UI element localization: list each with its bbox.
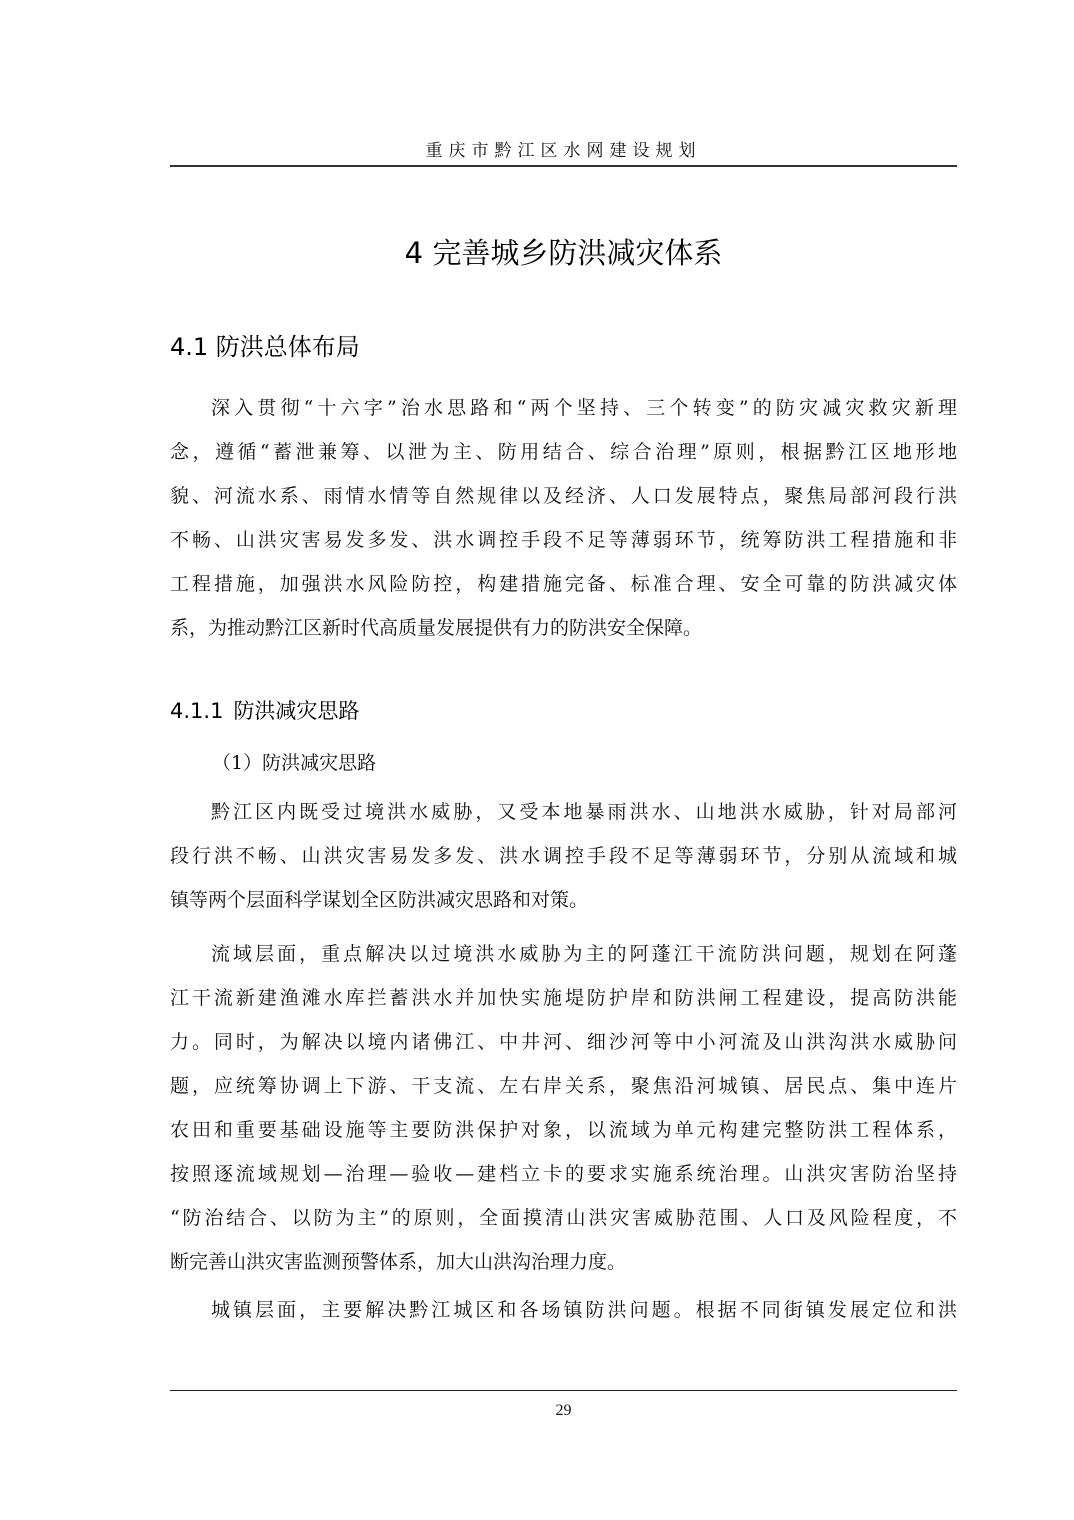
- text-line: 貌、河流水系、雨情水情等自然规律以及经济、人口发展特点，聚焦局部河段行洪: [170, 474, 957, 518]
- document-page: 重庆市黔江区水网建设规划 4 完善城乡防洪减灾体系 4.1 防洪总体布局 深入贯…: [0, 0, 1074, 1520]
- text-line: 系，为推动黔江区新时代高质量发展提供有力的防洪安全保障。: [170, 606, 957, 650]
- text-line: 江干流新建渔滩水库拦蓄洪水并加快实施堤防护岸和防洪闸工程建设，提高防洪能: [170, 976, 957, 1020]
- subsection-label: 防洪减灾思路: [233, 699, 359, 723]
- text-line: 城镇层面，主要解决黔江城区和各场镇防洪问题。根据不同街镇发展定位和洪: [170, 1288, 957, 1332]
- paragraph-basin-level: 流域层面，重点解决以过境洪水威胁为主的阿蓬江干流防洪问题，规划在阿蓬 江干流新建…: [170, 932, 957, 1284]
- text-line: 黔江区内既受过境洪水威胁，又受本地暴雨洪水、山地洪水威胁，针对局部河: [170, 790, 957, 834]
- text-line: 断完善山洪灾害监测预警体系，加大山洪沟治理力度。: [170, 1240, 957, 1284]
- running-header: 重庆市黔江区水网建设规划: [170, 136, 957, 161]
- subsection-number: 4.1.1: [170, 699, 223, 723]
- paragraph-town-level: 城镇层面，主要解决黔江城区和各场镇防洪问题。根据不同街镇发展定位和洪: [170, 1288, 957, 1332]
- subsection-title: 4.1.1防洪减灾思路: [170, 695, 359, 725]
- text-line: 流域层面，重点解决以过境洪水威胁为主的阿蓬江干流防洪问题，规划在阿蓬: [170, 932, 957, 976]
- text-line: 力。同时，为解决以境内诸佛江、中井河、细沙河等中小河流及山洪沟洪水威胁问: [170, 1020, 957, 1064]
- section-title: 4.1 防洪总体布局: [170, 327, 360, 362]
- text-line: 镇等两个层面科学谋划全区防洪减灾思路和对策。: [170, 878, 957, 922]
- text-line: “防治结合、以防为主”的原则，全面摸清山洪灾害威胁范围、人口及风险程度，不: [170, 1196, 957, 1240]
- header-divider: [170, 165, 957, 167]
- item-heading: （1）防洪减灾思路: [212, 748, 376, 775]
- text-line: 深入贯彻“十六字”治水思路和“两个坚持、三个转变”的防灾减灾救灾新理: [170, 386, 957, 430]
- text-line: 农田和重要基础设施等主要防洪保护对象，以流域为单元构建完整防洪工程体系，: [170, 1108, 957, 1152]
- text-line: 工程措施，加强洪水风险防控，构建措施完备、标准合理、安全可靠的防洪减灾体: [170, 562, 957, 606]
- text-line: 念，遵循“蓄泄兼筹、以泄为主、防用结合、综合治理”原则，根据黔江区地形地: [170, 430, 957, 474]
- footer-divider: [170, 1390, 957, 1391]
- chapter-title: 4 完善城乡防洪减灾体系: [170, 231, 957, 272]
- paragraph-overall-layout: 深入贯彻“十六字”治水思路和“两个坚持、三个转变”的防灾减灾救灾新理 念，遵循“…: [170, 386, 957, 650]
- text-line: 段行洪不畅、山洪灾害易发多发、洪水调控手段不足等薄弱环节，分别从流域和城: [170, 834, 957, 878]
- text-line: 题，应统筹协调上下游、干支流、左右岸关系，聚焦沿河城镇、居民点、集中连片: [170, 1064, 957, 1108]
- page-number: 29: [170, 1402, 957, 1420]
- text-line: 不畅、山洪灾害易发多发、洪水调控手段不足等薄弱环节，统筹防洪工程措施和非: [170, 518, 957, 562]
- text-line: 按照逐流域规划—治理—验收—建档立卡的要求实施系统治理。山洪灾害防治坚持: [170, 1152, 957, 1196]
- paragraph-threats: 黔江区内既受过境洪水威胁，又受本地暴雨洪水、山地洪水威胁，针对局部河 段行洪不畅…: [170, 790, 957, 922]
